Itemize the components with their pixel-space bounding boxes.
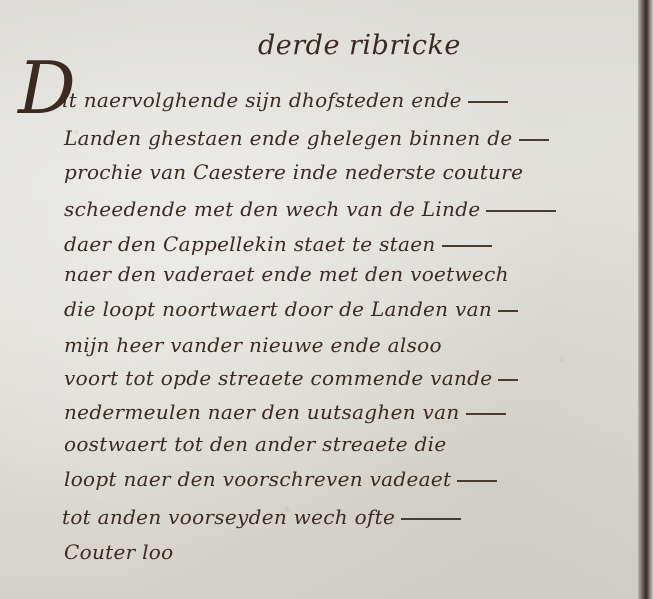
manuscript-line: nedermeulen naer den uutsaghen van: [64, 400, 506, 424]
manuscript-line: Landen ghestaen ende ghelegen binnen de: [64, 126, 549, 150]
line-filler-stroke: [519, 139, 549, 141]
manuscript-line: daer den Cappellekin staet te staen: [64, 232, 492, 256]
manuscript-line: tot anden voorseyden wech ofte: [62, 505, 461, 529]
line-filler-stroke: [442, 245, 492, 247]
manuscript-line: prochie van Caestere inde nederste coutu…: [64, 160, 523, 184]
line-filler-stroke: [468, 101, 508, 103]
manuscript-line: scheedende met den wech van de Linde: [64, 197, 556, 221]
manuscript-line: oostwaert tot den ander streaete die: [64, 432, 446, 456]
line-filler-stroke: [457, 480, 497, 482]
line-filler-stroke: [486, 210, 556, 212]
manuscript-line: die loopt noortwaert door de Landen van: [64, 297, 518, 321]
manuscript-line: naer den vaderaet ende met den voetwech: [64, 262, 509, 286]
line-filler-stroke: [466, 413, 506, 415]
book-binding-edge: [638, 0, 653, 599]
manuscript-line: it naervolghende sijn dhofsteden ende: [62, 88, 508, 112]
line-filler-stroke: [498, 379, 518, 381]
line-filler-stroke: [401, 518, 461, 520]
manuscript-line: loopt naer den voorschreven vadeaet: [64, 467, 497, 491]
manuscript-line: voort tot opde streaete commende vande: [64, 366, 518, 390]
page-heading: derde ribricke: [258, 30, 461, 61]
line-filler-stroke: [498, 310, 518, 312]
manuscript-page: derde ribricke D it naervolghende sijn d…: [0, 0, 638, 599]
manuscript-line: mijn heer vander nieuwe ende alsoo: [64, 333, 442, 357]
manuscript-line: Couter loo: [64, 540, 174, 564]
